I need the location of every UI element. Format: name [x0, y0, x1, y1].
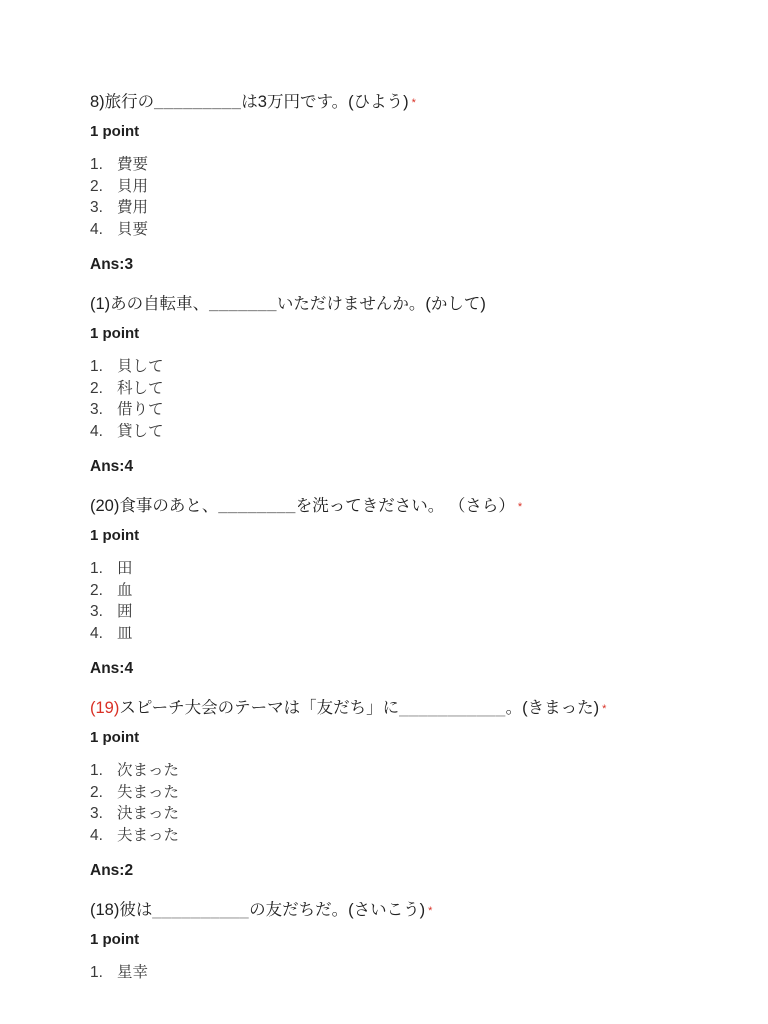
option-label: 貝して: [117, 356, 164, 378]
option-row: 1.次まった: [90, 760, 698, 782]
required-asterisk: *: [518, 501, 522, 513]
question-block: 8)旅行の_________は3万円です。(ひよう)*1 point1.費要2.…: [90, 93, 698, 274]
question-text-segment: いただけませんか。(かして): [277, 295, 486, 313]
option-label: 失まった: [117, 782, 179, 804]
option-row: 4.貝要: [90, 219, 698, 241]
points-label: 1 point: [90, 527, 698, 544]
options-list: 1.星幸: [90, 962, 698, 984]
option-number: 4.: [90, 825, 117, 847]
answer-label: Ans:4: [90, 660, 698, 678]
option-number: 4.: [90, 421, 117, 443]
option-number: 1.: [90, 760, 117, 782]
question-number-red: (19): [90, 699, 119, 717]
fill-in-blank-underline: ___________: [399, 699, 505, 717]
option-row: 1.費要: [90, 154, 698, 176]
question-block: (20)食事のあと、________を洗ってきださい。 （さら）*1 point…: [90, 497, 698, 678]
option-number: 3.: [90, 399, 117, 421]
option-label: 夫まった: [117, 825, 179, 847]
question-text-segment: の友だちだ。(さいこう): [249, 901, 425, 919]
question-block: (1)あの自転車、_______いただけませんか。(かして)1 point1.貝…: [90, 295, 698, 476]
option-label: 皿: [117, 623, 133, 645]
question-text-segment: (20)食事のあと、: [90, 497, 218, 515]
option-number: 1.: [90, 558, 117, 580]
option-row: 4.夫まった: [90, 825, 698, 847]
option-label: 決まった: [117, 803, 179, 825]
points-label: 1 point: [90, 325, 698, 342]
option-number: 4.: [90, 219, 117, 241]
option-number: 2.: [90, 580, 117, 602]
question-text-segment: を洗ってきださい。 （さら）: [296, 497, 515, 515]
question-text: (20)食事のあと、________を洗ってきださい。 （さら）*: [90, 497, 698, 516]
option-row: 2.科して: [90, 378, 698, 400]
answer-label: Ans:2: [90, 862, 698, 880]
question-text-segment: 8)旅行の: [90, 93, 154, 111]
option-label: 借りて: [117, 399, 164, 421]
option-number: 3.: [90, 803, 117, 825]
option-label: 星幸: [117, 962, 148, 984]
option-label: 費要: [117, 154, 148, 176]
option-row: 3.決まった: [90, 803, 698, 825]
option-label: 貝要: [117, 219, 148, 241]
option-row: 4.貸して: [90, 421, 698, 443]
option-row: 3.費用: [90, 197, 698, 219]
option-label: 次まった: [117, 760, 179, 782]
answer-label: Ans:4: [90, 458, 698, 476]
option-number: 1.: [90, 154, 117, 176]
fill-in-blank-underline: _______: [209, 295, 277, 313]
option-row: 3.借りて: [90, 399, 698, 421]
option-row: 2.貝用: [90, 176, 698, 198]
option-row: 4.皿: [90, 623, 698, 645]
fill-in-blank-underline: __________: [152, 901, 249, 919]
option-row: 2.失まった: [90, 782, 698, 804]
options-list: 1.次まった2.失まった3.決まった4.夫まった: [90, 760, 698, 846]
option-label: 科して: [117, 378, 164, 400]
points-label: 1 point: [90, 729, 698, 746]
question-block: (19)スピーチ大会のテーマは「友だち」に___________。(きまった)*…: [90, 699, 698, 880]
question-text-segment: 。(きまった): [506, 699, 600, 717]
option-number: 2.: [90, 176, 117, 198]
option-number: 1.: [90, 962, 117, 984]
option-number: 3.: [90, 197, 117, 219]
required-asterisk: *: [602, 703, 606, 715]
options-list: 1.貝して2.科して3.借りて4.貸して: [90, 356, 698, 442]
question-text: (1)あの自転車、_______いただけませんか。(かして): [90, 295, 698, 314]
option-row: 1.田: [90, 558, 698, 580]
option-label: 費用: [117, 197, 148, 219]
question-block: (18)彼は__________の友だちだ。(さいこう)*1 point1.星幸: [90, 901, 698, 984]
question-text-segment: (18)彼は: [90, 901, 152, 919]
question-text: (18)彼は__________の友だちだ。(さいこう)*: [90, 901, 698, 920]
option-row: 2.血: [90, 580, 698, 602]
option-number: 3.: [90, 601, 117, 623]
options-list: 1.費要2.貝用3.費用4.貝要: [90, 154, 698, 240]
quiz-content: 8)旅行の_________は3万円です。(ひよう)*1 point1.費要2.…: [90, 93, 698, 1005]
option-number: 4.: [90, 623, 117, 645]
option-row: 1.貝して: [90, 356, 698, 378]
options-list: 1.田2.血3.囲4.皿: [90, 558, 698, 644]
document-page: 8)旅行の_________は3万円です。(ひよう)*1 point1.費要2.…: [0, 0, 768, 1024]
option-label: 血: [117, 580, 133, 602]
fill-in-blank-underline: _________: [154, 93, 241, 111]
option-label: 貝用: [117, 176, 148, 198]
answer-label: Ans:3: [90, 256, 698, 274]
option-label: 田: [117, 558, 133, 580]
question-text: 8)旅行の_________は3万円です。(ひよう)*: [90, 93, 698, 112]
option-number: 2.: [90, 378, 117, 400]
question-text-segment: は3万円です。(ひよう): [241, 93, 408, 111]
option-label: 囲: [117, 601, 133, 623]
option-row: 3.囲: [90, 601, 698, 623]
option-number: 2.: [90, 782, 117, 804]
question-text: (19)スピーチ大会のテーマは「友だち」に___________。(きまった)*: [90, 699, 698, 718]
points-label: 1 point: [90, 123, 698, 140]
question-text-segment: (1)あの自転車、: [90, 295, 209, 313]
required-asterisk: *: [428, 905, 432, 917]
option-label: 貸して: [117, 421, 164, 443]
required-asterisk: *: [412, 97, 416, 109]
question-text-segment: スピーチ大会のテーマは「友だち」に: [119, 699, 399, 717]
option-row: 1.星幸: [90, 962, 698, 984]
points-label: 1 point: [90, 931, 698, 948]
fill-in-blank-underline: ________: [218, 497, 295, 515]
option-number: 1.: [90, 356, 117, 378]
